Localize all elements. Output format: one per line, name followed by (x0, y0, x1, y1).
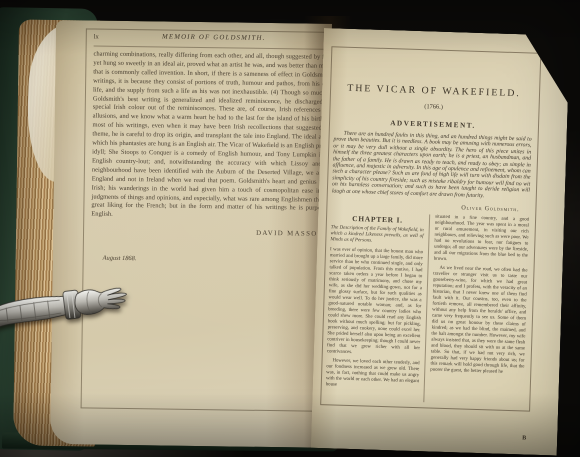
column-left: CHAPTER I. The Description of the Family… (325, 211, 430, 402)
book-title: THE VICAR OF WAKEFIELD. (335, 82, 533, 99)
printers-signature-mark: B (522, 435, 526, 441)
memoir-text: charming combinations, really differing … (91, 51, 332, 224)
chapter-heading: CHAPTER I. (331, 213, 424, 225)
column-right: situated in a fine country, and a good n… (424, 214, 529, 405)
bookmark-hand (74, 285, 129, 316)
publication-year: (1766.) (335, 100, 533, 113)
left-page-header: lx MEMOIR OF GOLDSMITH. (94, 33, 332, 47)
bookmark-handle (0, 294, 68, 328)
chapter-text: As we lived near the road, we often had … (430, 265, 527, 376)
left-page-content: lx MEMOIR OF GOLDSMITH. charming combina… (91, 33, 332, 266)
chapter-description: The Description of the Family of Wakefie… (330, 225, 424, 246)
advertisement-text: There are an hundred faults in this thin… (332, 130, 532, 200)
page-number: lx (94, 34, 99, 41)
two-column-text: CHAPTER I. The Description of the Family… (325, 211, 529, 405)
chapter-text: However, we loved each other tenderly, a… (326, 358, 420, 391)
right-page: THE VICAR OF WAKEFIELD. (1766.) ADVERTIS… (311, 28, 570, 456)
author-signature: DAVID MASSON. (91, 228, 331, 238)
left-page: lx MEMOIR OF GOLDSMITH. charming combina… (50, 20, 332, 448)
advertisement-heading: ADVERTISEMENT. (334, 117, 532, 131)
chapter-text: I was ever of opinion, that the honest m… (327, 247, 423, 358)
photo-open-book: lx MEMOIR OF GOLDSMITH. charming combina… (0, 0, 580, 457)
chapter-text: situated in a fine country, and a good n… (434, 214, 529, 265)
right-page-content: THE VICAR OF WAKEFIELD. (1766.) ADVERTIS… (325, 50, 534, 405)
